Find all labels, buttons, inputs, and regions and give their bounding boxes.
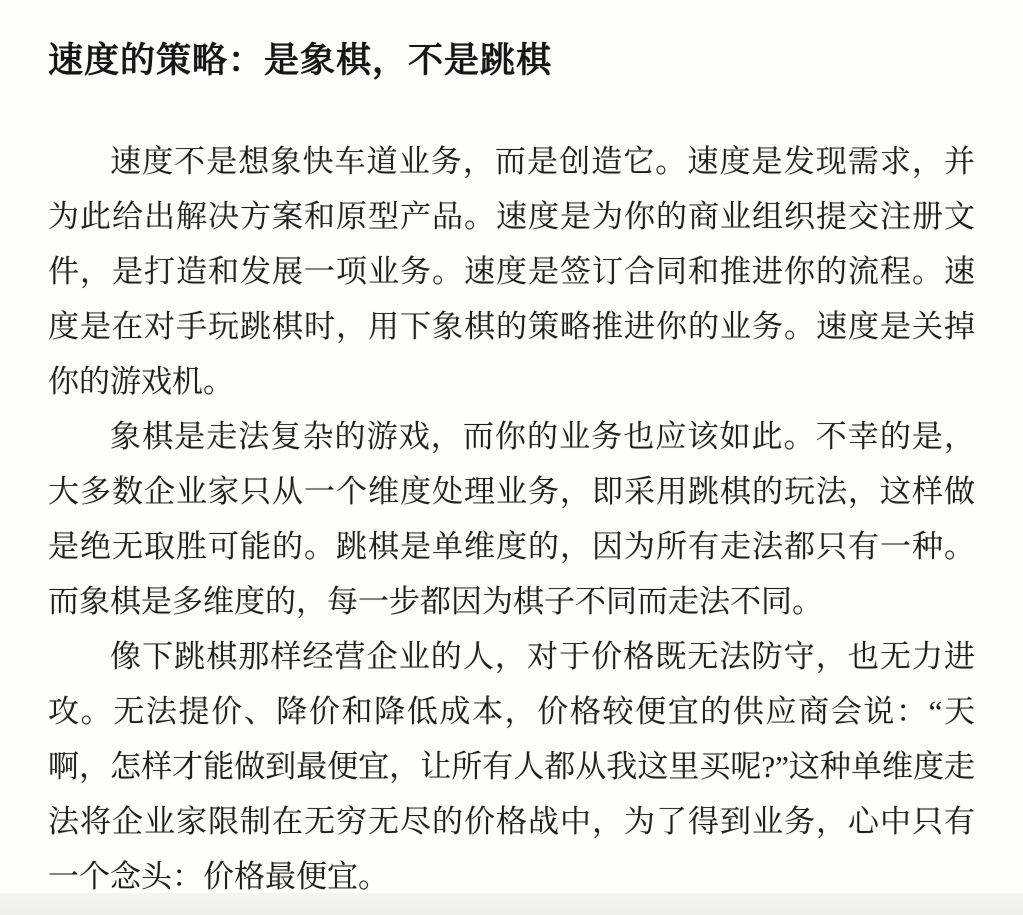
chapter-title: 速度的策略：是象棋，不是跳棋 — [48, 40, 975, 82]
body-text: 速度不是想象快车道业务，而是创造它。速度是发现需求，并为此给出解决方案和原型产品… — [48, 134, 975, 904]
paragraph-1: 速度不是想象快车道业务，而是创造它。速度是发现需求，并为此给出解决方案和原型产品… — [48, 134, 975, 409]
page-bottom-edge — [0, 893, 1023, 915]
paragraph-2: 象棋是走法复杂的游戏，而你的业务也应该如此。不幸的是，大多数企业家只从一个维度处… — [48, 409, 975, 629]
book-page: 速度的策略：是象棋，不是跳棋 速度不是想象快车道业务，而是创造它。速度是发现需求… — [0, 0, 1023, 915]
paragraph-3: 像下跳棋那样经营企业的人，对于价格既无法防守，也无力进攻。无法提价、降价和降低成… — [48, 629, 975, 904]
